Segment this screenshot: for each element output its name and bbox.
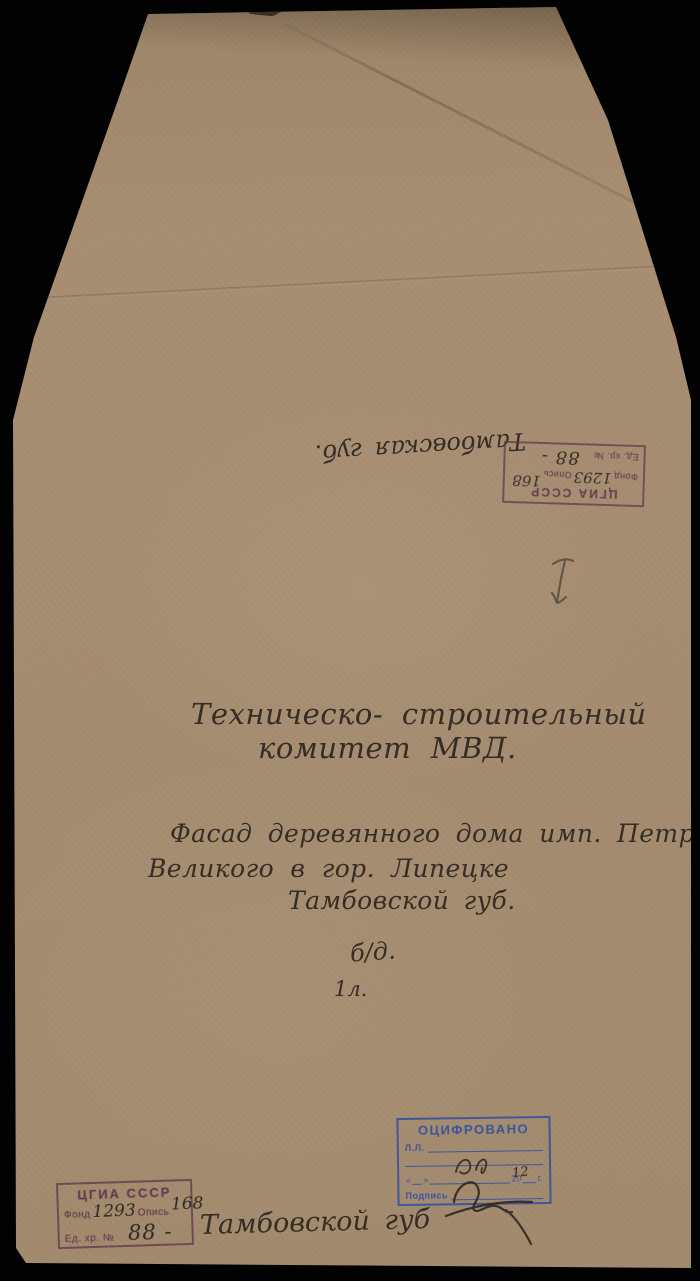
fond-value: 1293 — [92, 1201, 136, 1222]
day-blank-line — [412, 1174, 422, 1185]
archive-org-label: ЦГИА СССР — [58, 1181, 191, 1203]
unit-label: Ед. хр. № — [594, 451, 639, 462]
unit-label: Ед. хр. № — [65, 1232, 115, 1245]
scanned-archive-envelope: Тамбовская губ. ЦГИА СССР Фонд 1293 Опис… — [0, 0, 700, 1281]
archive-stamp: ЦГИА СССР Фонд 1293 Опись 168 Ед. хр. № … — [56, 1179, 194, 1249]
pages-blank-line — [427, 1140, 543, 1153]
description-line1: Фасад деревянного дома имп. Петра — [170, 819, 700, 848]
envelope-paper: Тамбовская губ. ЦГИА СССР Фонд 1293 Опис… — [0, 0, 700, 1281]
month-blank-line — [429, 1172, 510, 1184]
year-prefix: 20 — [511, 1173, 521, 1183]
opis-label: Опись — [543, 469, 572, 480]
unit-value: 88 - — [128, 1220, 173, 1245]
flap-shadow — [110, 0, 580, 70]
digitized-stamp: ОЦИФРОВАНО Л.Л. « » 20 г. Подпись 12 — [396, 1116, 551, 1206]
rotated-province-note: Тамбовская губ. — [293, 427, 526, 469]
no-date-abbr: б/д. — [349, 936, 396, 967]
fond-value: 1293 — [573, 468, 612, 487]
fond-label: Фонд — [64, 1209, 91, 1221]
opis-label: Опись — [138, 1207, 170, 1219]
unit-value: 88 - — [541, 446, 580, 468]
quote-open: « — [406, 1175, 411, 1185]
handwritten-year: 12 — [511, 1164, 529, 1181]
pages-label: Л.Л. — [405, 1143, 425, 1153]
signature-blank-line — [451, 1188, 544, 1200]
year-blank-line — [522, 1172, 536, 1183]
description-line3: Тамбовской губ. — [288, 886, 516, 915]
signature-label: Подпись — [405, 1190, 448, 1201]
committee-title-line1: Техническо- строительный — [191, 697, 647, 731]
edge-tear — [13, 288, 39, 308]
horizontal-crease — [18, 264, 697, 301]
opis-value: 168 — [171, 1194, 204, 1215]
signature-scribble — [432, 1146, 552, 1246]
archive-stamp-rotated: ЦГИА СССР Фонд 1293 Опись 168 Ед. хр. № … — [502, 441, 646, 507]
quote-close: » — [423, 1175, 428, 1185]
description-line2: Великого в гор. Липецке — [148, 854, 509, 883]
year-suffix: г. — [537, 1173, 542, 1183]
archive-org-label: ЦГИА СССР — [504, 484, 642, 505]
top-edge-notch — [246, 7, 284, 16]
fond-label: Фонд — [614, 471, 638, 482]
bottom-province-note: Тамбовской губ — [200, 1204, 431, 1241]
opis-value: 168 — [512, 471, 541, 490]
pencil-mark-roman-one — [546, 556, 580, 614]
sheet-count-note: 1л. — [334, 977, 367, 1001]
blank-line — [405, 1154, 543, 1167]
diagonal-crease — [265, 13, 696, 234]
digitized-stamp-title: ОЦИФРОВАНО — [398, 1121, 548, 1138]
committee-title-line2: комитет МВД. — [258, 731, 517, 765]
